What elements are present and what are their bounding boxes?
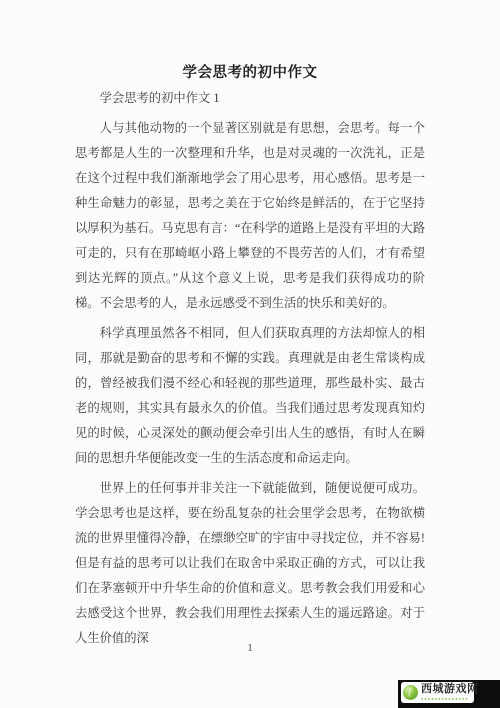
document-body: 学会思考的初中作文 1 人与其他动物的一个显著区别就是有思想，会思考。每一个思考… [75, 86, 425, 656]
watermark-site-name: 西城游戏网 [421, 684, 479, 695]
watermark-caption-illegible: ▪▪▪▪▪▪▪▪▪▪▪▪▪▪ [421, 697, 479, 701]
watermark-text-column: 西城游戏网 ▪▪▪▪▪▪▪▪▪▪▪▪▪▪ [421, 684, 479, 701]
leaf-vein-shape [408, 687, 416, 699]
page-number: 1 [0, 642, 500, 654]
paragraph-3: 世界上的任何事并非关注一下就能做到，随便说便可成功。学会思考也是这样，要在纷乱复… [75, 476, 425, 651]
paragraph-1: 人与其他动物的一个显著区别就是有思想，会思考。每一个思考都是人生的一次整理和升华… [75, 116, 425, 316]
watermark-panel: 西城游戏网 ▪▪▪▪▪▪▪▪▪▪▪▪▪▪ [398, 680, 500, 708]
document-subtitle: 学会思考的初中作文 1 [75, 86, 425, 111]
document-page: 学会思考的初中作文 学会思考的初中作文 1 人与其他动物的一个显著区别就是有思想… [0, 0, 500, 708]
paragraph-2: 科学真理虽然各不相同，但人们获取真理的方法却惊人的相同，那就是勤奋的思考和不懈的… [75, 321, 425, 471]
document-title: 学会思考的初中作文 [0, 61, 500, 82]
leaf-logo-icon [403, 685, 418, 700]
watermark-badge: 西城游戏网 ▪▪▪▪▪▪▪▪▪▪▪▪▪▪ [401, 682, 474, 703]
